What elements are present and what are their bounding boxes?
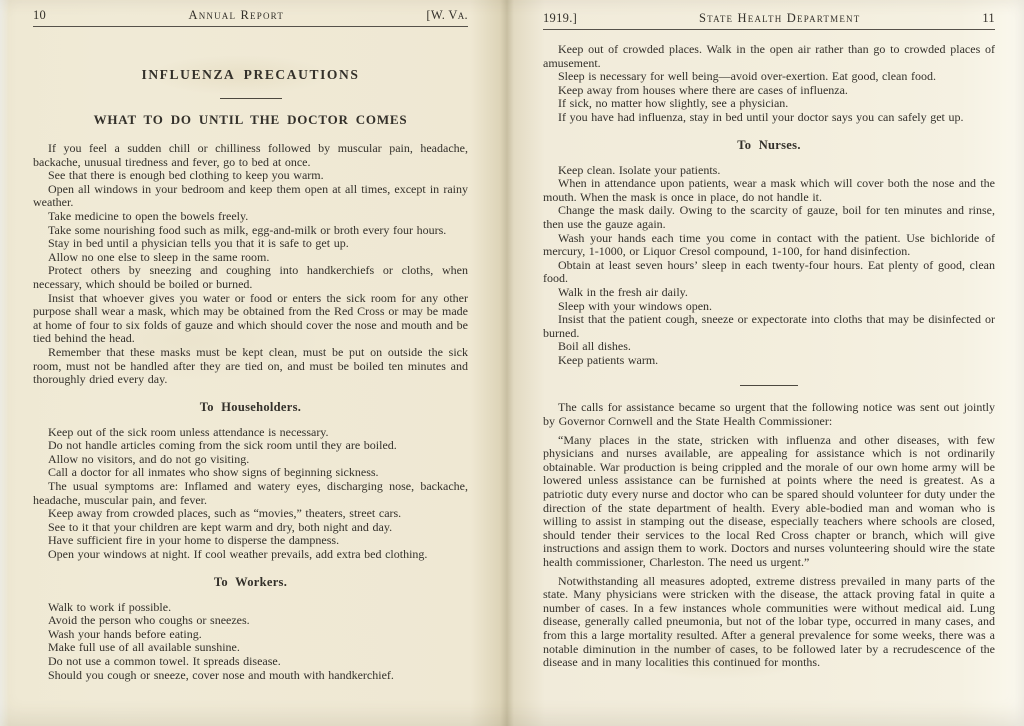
closing-paragraphs: The calls for assistance became so urgen…: [543, 401, 995, 669]
paragraph: If you have had influenza, stay in bed u…: [543, 111, 995, 125]
paragraph: Have sufficient fire in your home to dis…: [33, 534, 468, 548]
section-divider: [740, 385, 798, 386]
paragraph: Open all windows in your bedroom and kee…: [33, 183, 468, 210]
paragraph: “Many places in the state, stricken with…: [543, 434, 995, 570]
paragraph: Keep out of crowded places. Walk in the …: [543, 43, 995, 70]
paragraph: Avoid the person who coughs or sneezes.: [33, 614, 468, 628]
paragraph: Take medicine to open the bowels freely.: [33, 210, 468, 224]
intro-paragraphs: If you feel a sudden chill or chilliness…: [33, 142, 468, 387]
paragraph: Stay in bed until a physician tells you …: [33, 237, 468, 251]
paragraph: Walk in the fresh air daily.: [543, 286, 995, 300]
paragraph: Keep clean. Isolate your patients.: [543, 164, 995, 178]
right-header-rule: [543, 29, 995, 30]
paragraph: See that there is enough bed clothing to…: [33, 169, 468, 183]
left-header-rule: [33, 26, 468, 27]
paragraph: Do not use a common towel. It spreads di…: [33, 655, 468, 669]
paragraph: Walk to work if possible.: [33, 601, 468, 615]
left-running-head: 10 Annual Report [W. Va.: [33, 8, 468, 23]
paragraph: Allow no one else to sleep in the same r…: [33, 251, 468, 265]
paragraph: Allow no visitors, and do not go visitin…: [33, 453, 468, 467]
paragraph: Insist that the patient cough, sneeze or…: [543, 313, 995, 340]
title-divider: [220, 98, 282, 99]
left-header-title: Annual Report: [188, 8, 284, 23]
paragraph: Insist that whoever gives you water or f…: [33, 292, 468, 346]
paragraph: Remember that these masks must be kept c…: [33, 346, 468, 387]
paragraph: Keep patients warm.: [543, 354, 995, 368]
paragraph: If sick, no matter how slightly, see a p…: [543, 97, 995, 111]
paragraph: Call a doctor for all inmates who show s…: [33, 466, 468, 480]
section-heading-nurses: To Nurses.: [543, 138, 995, 153]
right-header-title: State Health Department: [699, 11, 860, 26]
article-title: INFLUENZA PRECAUTIONS: [33, 67, 468, 83]
paragraph: Keep away from houses where there are ca…: [543, 84, 995, 98]
paragraph: Sleep is necessary for well being—avoid …: [543, 70, 995, 84]
paragraph: Notwithstanding all measures adopted, ex…: [543, 575, 995, 670]
paragraph: Keep out of the sick room unless attenda…: [33, 426, 468, 440]
paragraph: Boil all dishes.: [543, 340, 995, 354]
paragraph: Take some nourishing food such as milk, …: [33, 224, 468, 238]
paragraph: Do not handle articles coming from the s…: [33, 439, 468, 453]
article-subtitle: WHAT TO DO UNTIL THE DOCTOR COMES: [33, 112, 468, 128]
paragraph: See to it that your children are kept wa…: [33, 521, 468, 535]
paragraph: The calls for assistance became so urgen…: [543, 401, 995, 428]
paragraph: Should you cough or sneeze, cover nose a…: [33, 669, 468, 683]
left-page-number: 10: [33, 8, 46, 23]
right-running-head: 1919.] State Health Department 11: [543, 11, 995, 26]
paragraph: Open your windows at night. If cool weat…: [33, 548, 468, 562]
section-heading-workers: To Workers.: [33, 575, 468, 590]
paragraph: Wash your hands each time you come in co…: [543, 232, 995, 259]
right-page: 1919.] State Health Department 11 Keep o…: [543, 11, 995, 670]
nurses-paragraphs: Keep clean. Isolate your patients.When i…: [543, 164, 995, 368]
left-header-edition: [W. Va.: [426, 8, 468, 23]
paragraph: Protect others by sneezing and coughing …: [33, 264, 468, 291]
householders-paragraphs: Keep out of the sick room unless attenda…: [33, 426, 468, 562]
paragraph: The usual symptoms are: Inflamed and wat…: [33, 480, 468, 507]
paragraph: Wash your hands before eating.: [33, 628, 468, 642]
right-page-number: 11: [982, 11, 995, 26]
workers-continuation-paragraphs: Keep out of crowded places. Walk in the …: [543, 43, 995, 125]
paragraph: If you feel a sudden chill or chilliness…: [33, 142, 468, 169]
right-header-year: 1919.]: [543, 11, 577, 26]
paragraph: Change the mask daily. Owing to the scar…: [543, 204, 995, 231]
workers-paragraphs: Walk to work if possible.Avoid the perso…: [33, 601, 468, 683]
book-spread: 10 Annual Report [W. Va. INFLUENZA PRECA…: [0, 0, 1024, 726]
paragraph: Sleep with your windows open.: [543, 300, 995, 314]
paragraph: Obtain at least seven hours’ sleep in ea…: [543, 259, 995, 286]
paragraph: When in attendance upon patients, wear a…: [543, 177, 995, 204]
paragraph: Make full use of all available sunshine.: [33, 641, 468, 655]
section-heading-householders: To Householders.: [33, 400, 468, 415]
left-page: 10 Annual Report [W. Va. INFLUENZA PRECA…: [33, 8, 468, 682]
paragraph: Keep away from crowded places, such as “…: [33, 507, 468, 521]
